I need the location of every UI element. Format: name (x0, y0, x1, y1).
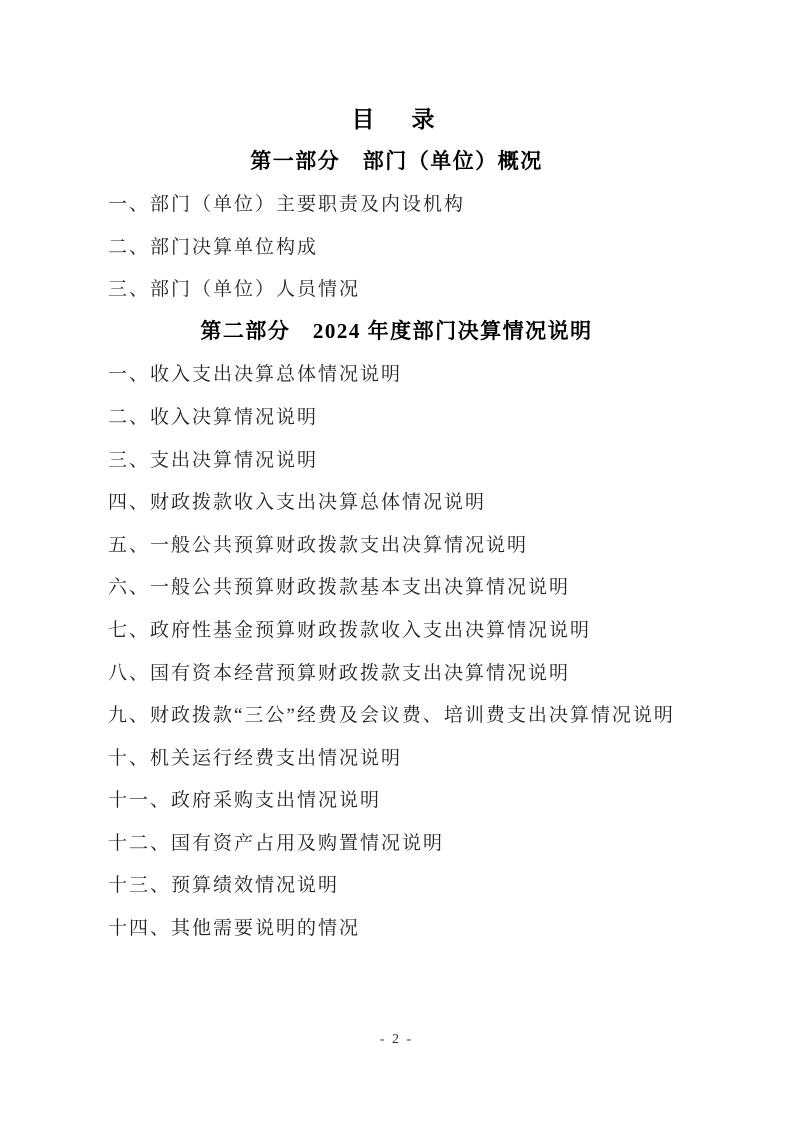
toc-item-s2-1: 一、收入支出决算总体情况说明 (100, 352, 693, 395)
document-page: 目 录 第一部分 部门（单位）概况 一、部门（单位）主要职责及内设机构 二、部门… (0, 0, 793, 1122)
toc-title: 目 录 (100, 96, 693, 139)
toc-item-s2-7: 七、政府性基金预算财政拨款收入支出决算情况说明 (100, 607, 693, 650)
page-number: - 2 - (0, 1032, 793, 1048)
toc-item-s2-6: 六、一般公共预算财政拨款基本支出决算情况说明 (100, 565, 693, 608)
toc-item-s1-3: 三、部门（单位）人员情况 (100, 266, 693, 309)
toc-item-s2-9: 九、财政拨款“三公”经费及会议费、培训费支出决算情况说明 (100, 692, 693, 735)
toc-item-s1-2: 二、部门决算单位构成 (100, 224, 693, 267)
toc-item-s2-10: 十、机关运行经费支出情况说明 (100, 735, 693, 778)
toc-item-s2-12: 十二、国有资产占用及购置情况说明 (100, 820, 693, 863)
section-2-heading: 第二部分 2024 年度部门决算情况说明 (100, 309, 693, 352)
toc-item-s2-8: 八、国有资本经营预算财政拨款支出决算情况说明 (100, 650, 693, 693)
toc-item-s2-3: 三、支出决算情况说明 (100, 437, 693, 480)
toc-item-s1-1: 一、部门（单位）主要职责及内设机构 (100, 181, 693, 224)
section-1-heading: 第一部分 部门（单位）概况 (100, 139, 693, 182)
toc-item-s2-2: 二、收入决算情况说明 (100, 394, 693, 437)
toc-item-s2-11: 十一、政府采购支出情况说明 (100, 778, 693, 821)
toc-item-s2-5: 五、一般公共预算财政拨款支出决算情况说明 (100, 522, 693, 565)
toc-item-s2-14: 十四、其他需要说明的情况 (100, 905, 693, 948)
toc-item-s2-13: 十三、预算绩效情况说明 (100, 863, 693, 906)
toc-item-s2-4: 四、财政拨款收入支出决算总体情况说明 (100, 479, 693, 522)
